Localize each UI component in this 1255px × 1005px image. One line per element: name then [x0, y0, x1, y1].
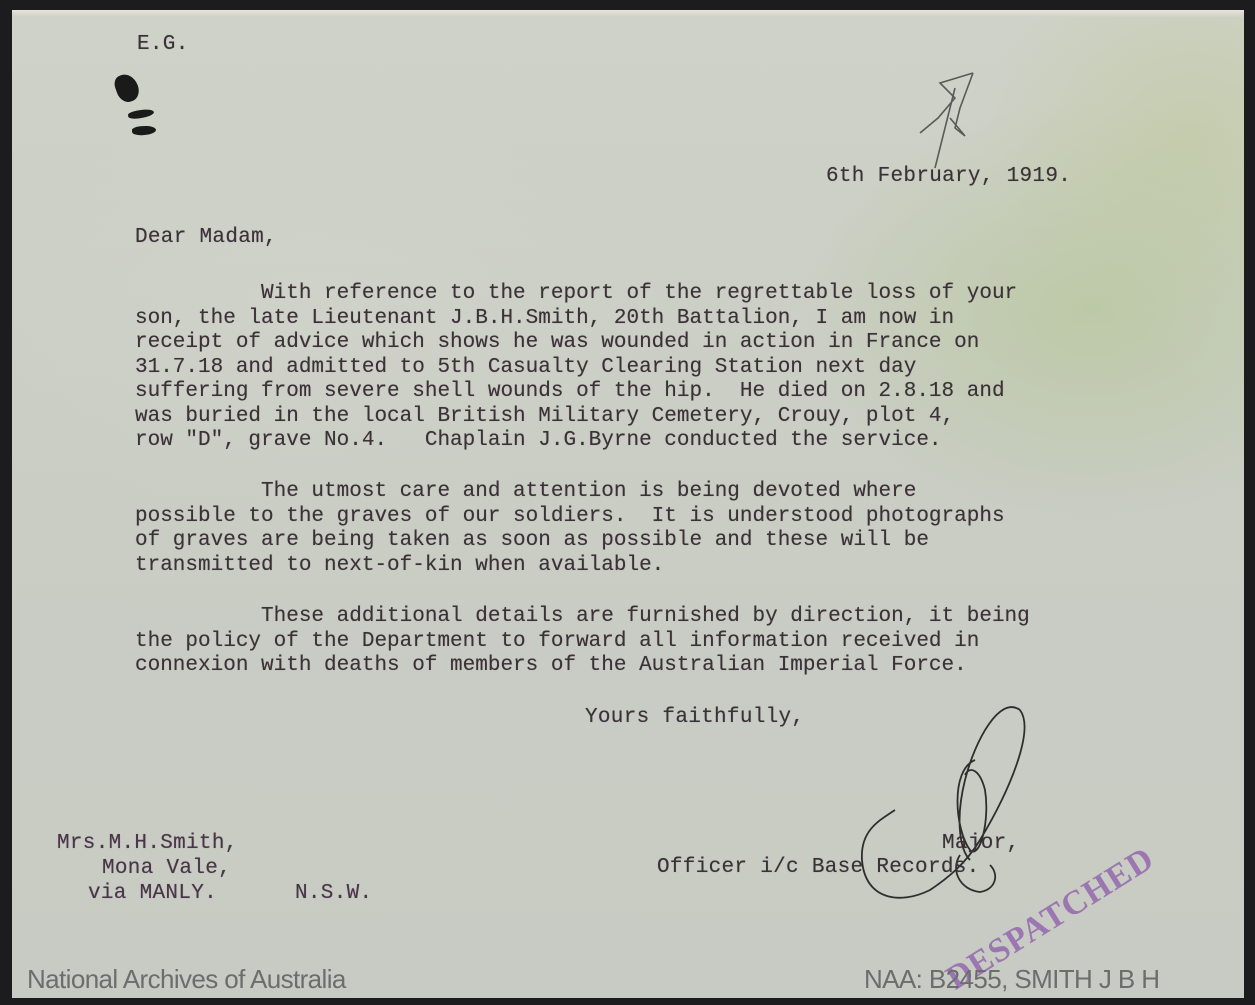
text-line: suffering from severe shell wounds of th…: [135, 380, 1215, 405]
closing: Yours faithfully,: [585, 706, 804, 730]
text-line: 31.7.18 and admitted to 5th Casualty Cle…: [135, 356, 1215, 381]
text-line: These additional details are furnished b…: [135, 605, 1215, 630]
text-line: receipt of advice which shows he was wou…: [135, 331, 1215, 356]
addressee-name: Mrs.M.H.Smith,: [57, 832, 238, 856]
paragraph-2: The utmost care and attention is being d…: [135, 480, 1215, 578]
text-line: was buried in the local British Military…: [135, 405, 1215, 430]
reference-code: E.G.: [137, 33, 189, 57]
addressee-state: N.S.W.: [295, 882, 372, 906]
salutation: Dear Madam,: [135, 226, 277, 250]
addressee-line3: via MANLY.: [88, 882, 217, 906]
addressee-line2: Mona Vale,: [102, 857, 231, 881]
archive-watermark: National Archives of Australia: [27, 964, 346, 995]
handwritten-initials: [910, 68, 980, 168]
archive-reference: NAA: B2455, SMITH J B H: [864, 964, 1159, 995]
text-line: row "D", grave No.4. Chaplain J.G.Byrne …: [135, 429, 1215, 454]
paragraph-3: These additional details are furnished b…: [135, 605, 1215, 679]
text-line: transmitted to next-of-kin when availabl…: [135, 554, 1215, 579]
text-line: of graves are being taken as soon as pos…: [135, 529, 1215, 554]
text-line: son, the late Lieutenant J.B.H.Smith, 20…: [135, 307, 1215, 332]
text-line: With reference to the report of the regr…: [135, 282, 1215, 307]
paragraph-1: With reference to the report of the regr…: [135, 282, 1215, 454]
text-line: The utmost care and attention is being d…: [135, 480, 1215, 505]
signatory-rank: Major,: [942, 832, 1019, 856]
text-line: possible to the graves of our soldiers. …: [135, 505, 1215, 530]
text-line: connexion with deaths of members of the …: [135, 654, 1215, 679]
text-line: the policy of the Department to forward …: [135, 630, 1215, 655]
page-top-edge: [12, 10, 1244, 17]
signatory-title: Officer i/c Base Records.: [657, 856, 980, 880]
letter-date: 6th February, 1919.: [826, 165, 1071, 189]
